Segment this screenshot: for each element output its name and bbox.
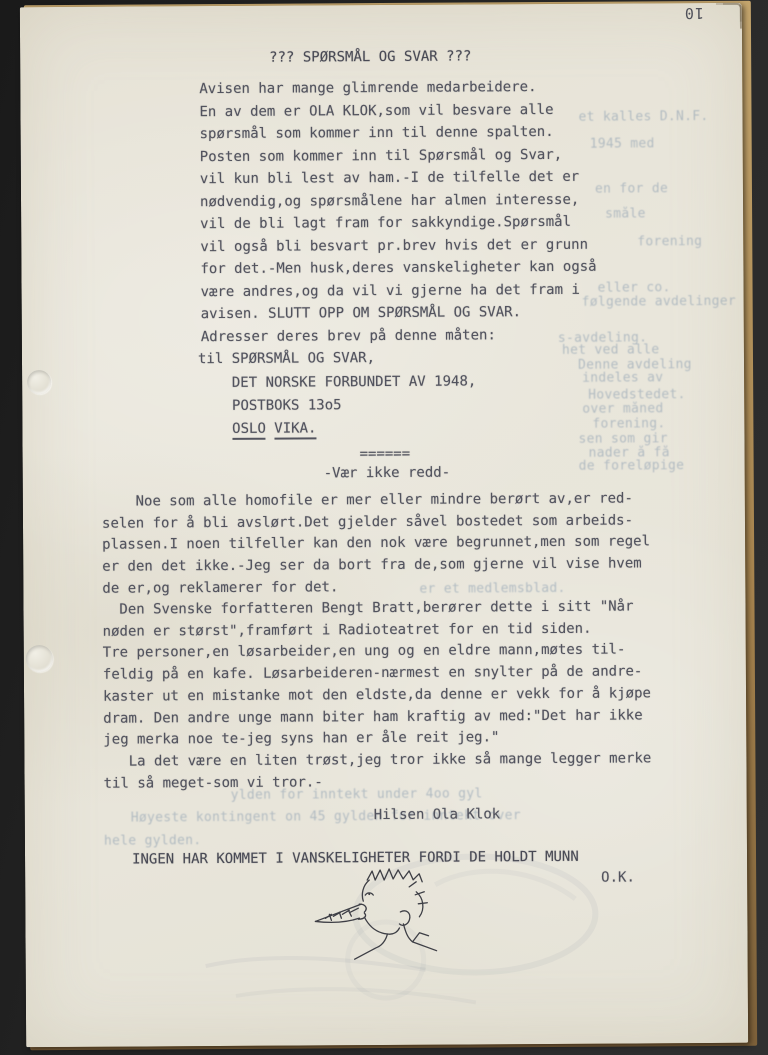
address-place: VIKA. xyxy=(274,420,316,439)
document-page: et kalles D.N.F.1945 meden for desmålefo… xyxy=(20,3,748,1047)
bleedthrough-fragment: småle xyxy=(605,206,646,221)
bleedthrough-fragment: en for de xyxy=(595,181,668,196)
bleedthrough-fragment: over måned xyxy=(582,401,663,416)
bleedthrough-fragment: de foreløpige xyxy=(579,458,685,474)
intro-paragraph: Avisen har mange glimrende medarbeidere.… xyxy=(199,76,597,348)
page-number: 10 xyxy=(684,4,704,22)
bleedthrough-fragment: Hovedstedet. xyxy=(588,387,686,403)
signature-line: Hilsen Ola Klok xyxy=(374,806,501,823)
address-indent xyxy=(198,421,232,437)
address-city: OSLO xyxy=(232,421,266,440)
bleedthrough-fragment: følgende avdelinger xyxy=(582,294,737,310)
closing-statement: INGEN HAR KOMMET I VANSKELIGHETER FORDI … xyxy=(132,849,579,868)
initials: O.K. xyxy=(601,869,635,885)
address-block: til SPØRSMÅL OG SVAR, DET NORSKE FORBUND… xyxy=(198,346,477,418)
body-paragraph-3: La det være en liten trøst,jeg tror ikke… xyxy=(103,748,651,795)
punch-hole-bottom xyxy=(26,645,53,672)
bleedthrough-fragment: forening xyxy=(637,234,702,249)
punch-hole-top xyxy=(27,370,51,394)
bleedthrough-fragment: 1945 med xyxy=(590,136,655,151)
document-title: ??? SPØRSMÅL OG SVAR ??? xyxy=(269,48,471,65)
bleedthrough-fragment: hele gylden. xyxy=(104,833,202,849)
address-gap xyxy=(266,421,275,437)
bleedthrough-fragment: et kalles D.N.F. xyxy=(578,109,708,125)
caricature-drawing xyxy=(303,867,454,973)
body-paragraph-1: Noe som alle homofile er mer eller mindr… xyxy=(102,488,651,600)
divider-line: ====== xyxy=(360,446,411,462)
corner-fold-inner xyxy=(723,3,742,22)
bleedthrough-fragment: forening. xyxy=(592,416,665,431)
photo-background: et kalles D.N.F.1945 meden for desmålefo… xyxy=(0,0,768,1055)
section-heading: -Vær ikke redd- xyxy=(324,465,451,482)
body-paragraph-2: Den Svenske forfatteren Bengt Bratt,berø… xyxy=(102,596,651,751)
address-city-line: OSLO VIKA. xyxy=(198,417,316,441)
bleedthrough-fragment: indeles av xyxy=(582,370,663,385)
